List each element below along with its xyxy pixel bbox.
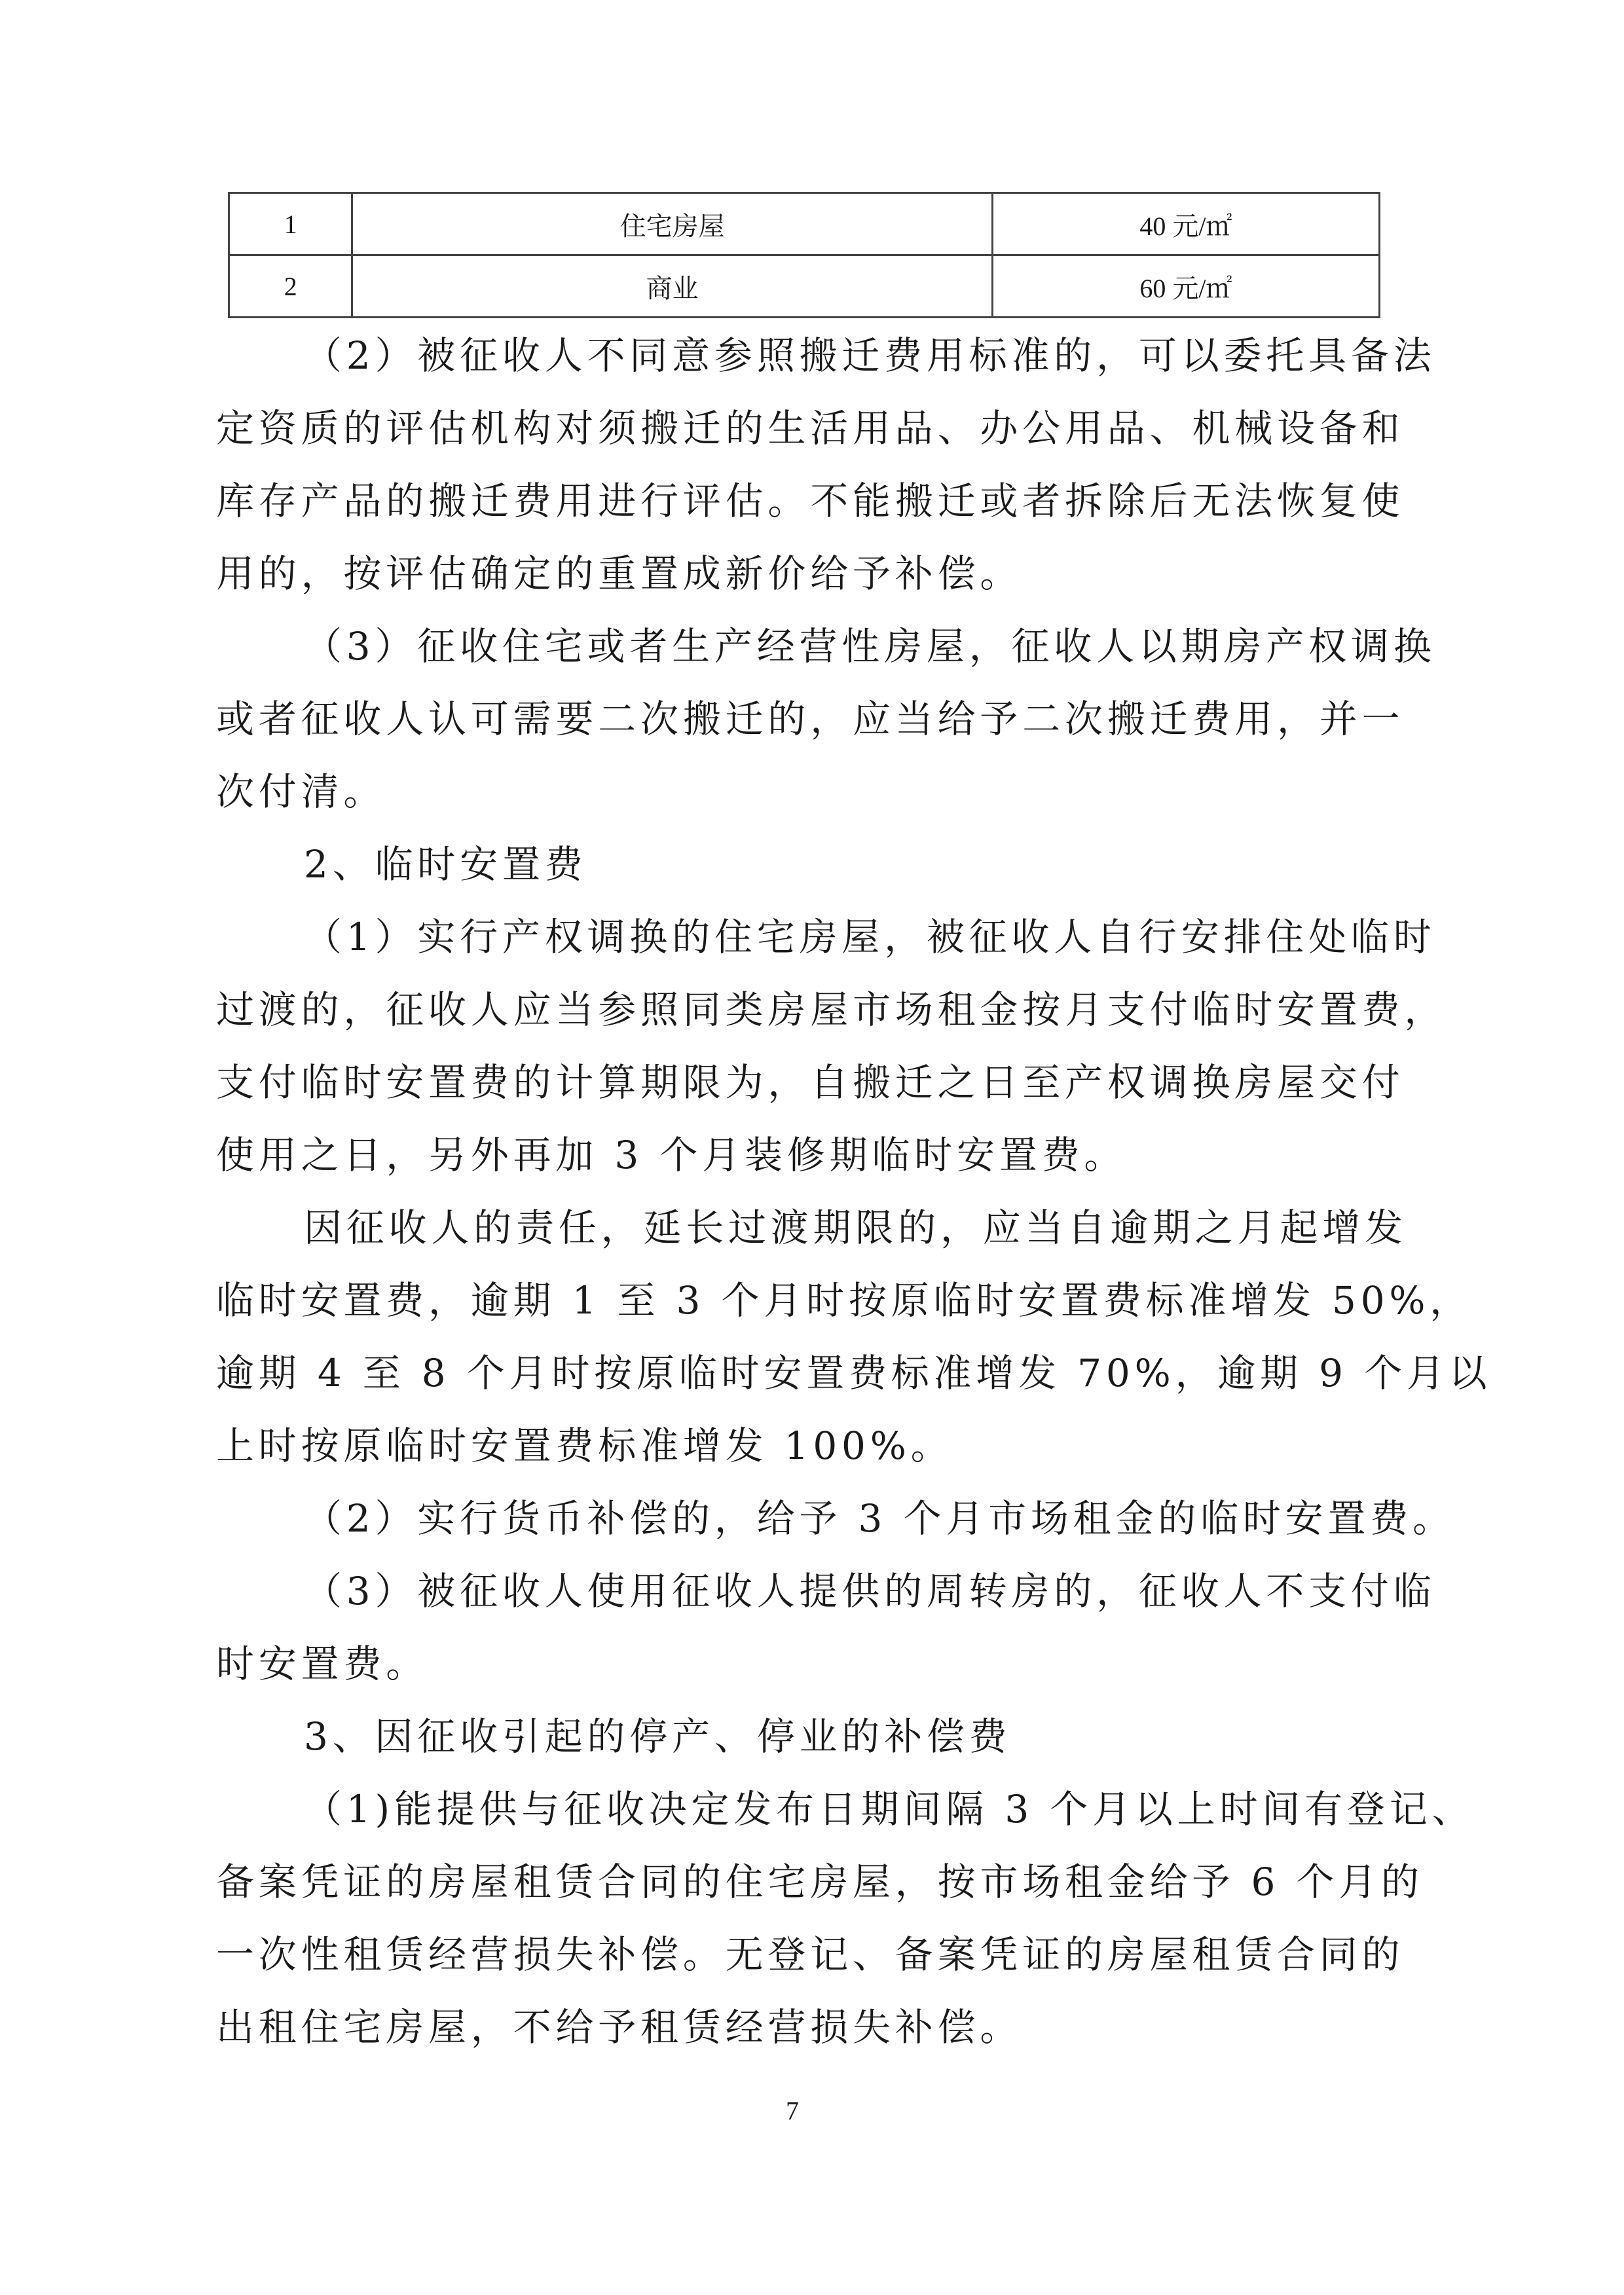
text-line: 出租住宅房屋，不给予租赁经营损失补偿。 <box>216 1991 1400 2064</box>
text-line: 或者征收人认可需要二次搬迁的，应当给予二次搬迁费用，并一 <box>216 683 1400 756</box>
table-row: 1 住宅房屋 40 元/㎡ <box>229 193 1380 255</box>
property-type: 住宅房屋 <box>352 193 993 255</box>
text-line: （3）被征收人使用征收人提供的周转房的，征收人不支付临 <box>216 1555 1400 1628</box>
page-number: 7 <box>779 2095 805 2126</box>
text-line: （1）实行产权调换的住宅房屋，被征收人自行安排住处临时 <box>216 901 1400 974</box>
text-line: 一次性租赁经营损失补偿。无登记、备案凭证的房屋租赁合同的 <box>216 1919 1400 1991</box>
text-line: （1)能提供与征收决定发布日期间隔 3 个月以上时间有登记、 <box>216 1773 1400 1846</box>
row-number: 1 <box>229 193 352 255</box>
text-line: 备案凭证的房屋租赁合同的住宅房屋，按市场租金给予 6 个月的 <box>216 1846 1400 1919</box>
fee-rate: 60 元/㎡ <box>992 255 1379 318</box>
text-line: （3）征收住宅或者生产经营性房屋，征收人以期房产权调换 <box>216 610 1400 683</box>
row-number: 2 <box>229 255 352 318</box>
relocation-fee-table: 1 住宅房屋 40 元/㎡ 2 商业 60 元/㎡ <box>228 192 1380 318</box>
document-page: 1 住宅房屋 40 元/㎡ 2 商业 60 元/㎡ （2）被征收人不同意参照搬迁… <box>0 0 1624 2295</box>
text-line: 因征收人的责任，延长过渡期限的，应当自逾期之月起增发 <box>216 1192 1400 1264</box>
text-line: 临时安置费，逾期 1 至 3 个月时按原临时安置费标准增发 50%， <box>216 1264 1400 1337</box>
text-line: 支付临时安置费的计算期限为，自搬迁之日至产权调换房屋交付 <box>216 1046 1400 1119</box>
text-line: 用的，按评估确定的重置成新价给予补偿。 <box>216 538 1400 610</box>
text-line: 时安置费。 <box>216 1628 1400 1700</box>
text-line: 库存产品的搬迁费用进行评估。不能搬迁或者拆除后无法恢复使 <box>216 465 1400 538</box>
body-text: （2）被征收人不同意参照搬迁费用标准的，可以委托具备法定资质的评估机构对须搬迁的… <box>216 320 1400 2064</box>
text-line: 上时按原临时安置费标准增发 100%。 <box>216 1410 1400 1482</box>
text-line: 2、临时安置费 <box>216 828 1400 901</box>
text-line: （2）实行货币补偿的，给予 3 个月市场租金的临时安置费。 <box>216 1482 1400 1555</box>
property-type: 商业 <box>352 255 993 318</box>
text-line: 逾期 4 至 8 个月时按原临时安置费标准增发 70%，逾期 9 个月以 <box>216 1337 1400 1410</box>
text-line: 过渡的，征收人应当参照同类房屋市场租金按月支付临时安置费， <box>216 974 1400 1046</box>
text-line: 3、因征收引起的停产、停业的补偿费 <box>216 1700 1400 1773</box>
table-row: 2 商业 60 元/㎡ <box>229 255 1380 318</box>
fee-rate: 40 元/㎡ <box>992 193 1379 255</box>
text-line: （2）被征收人不同意参照搬迁费用标准的，可以委托具备法 <box>216 320 1400 392</box>
text-line: 定资质的评估机构对须搬迁的生活用品、办公用品、机械设备和 <box>216 392 1400 465</box>
text-line: 使用之日，另外再加 3 个月装修期临时安置费。 <box>216 1119 1400 1192</box>
text-line: 次付清。 <box>216 756 1400 828</box>
